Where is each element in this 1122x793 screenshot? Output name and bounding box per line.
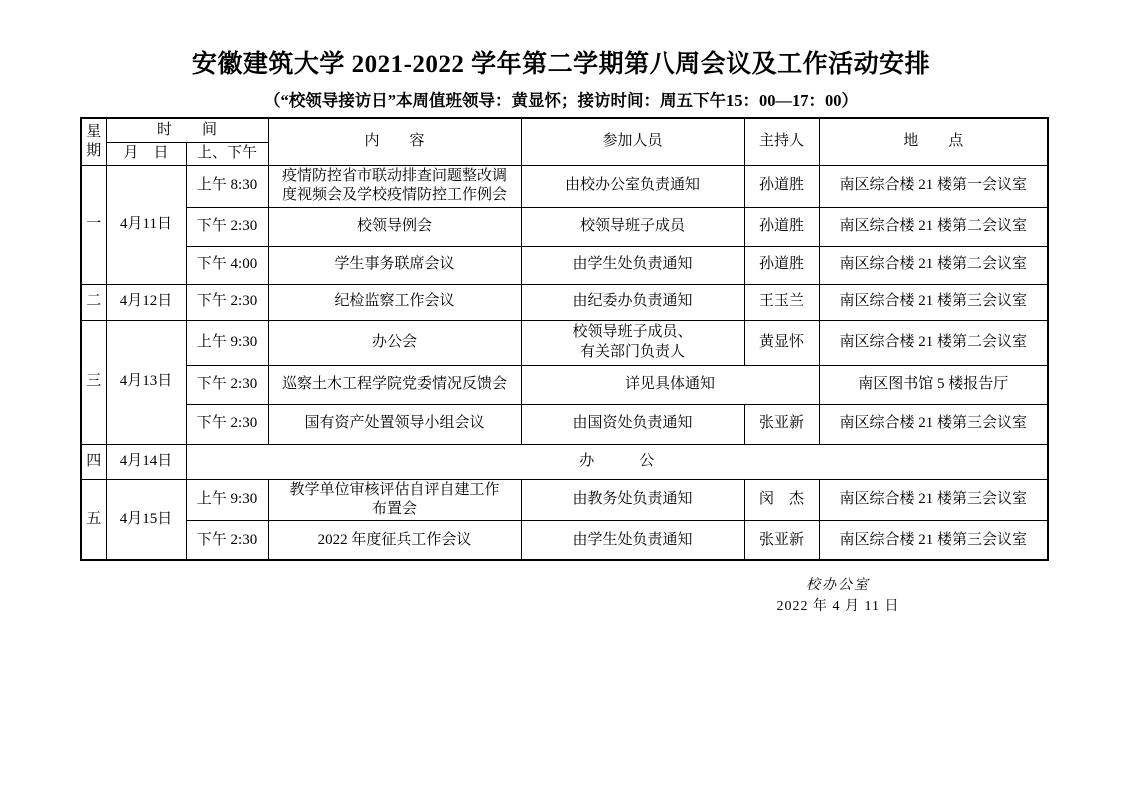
- cell-host: 孙道胜: [744, 165, 819, 207]
- cell-host: 张亚新: [744, 520, 819, 560]
- cell-host: 孙道胜: [744, 246, 819, 284]
- page-title: 安徽建筑大学 2021-2022 学年第二学期第八周会议及工作活动安排: [0, 44, 1122, 80]
- cell-time: 上午 8:30: [186, 165, 268, 207]
- cell-content: 办公会: [268, 320, 521, 365]
- header-participants: 参加人员: [521, 118, 744, 165]
- cell-content: 学生事务联席会议: [268, 246, 521, 284]
- cell-time: 上午 9:30: [186, 479, 268, 520]
- cell-content: 疫情防控省市联动排查问题整改调 度视频会及学校疫情防控工作例会: [268, 165, 521, 207]
- cell-host: 黄显怀: [744, 320, 819, 365]
- cell-host: 闵 杰: [744, 479, 819, 520]
- cell-content: 巡察土木工程学院党委情况反馈会: [268, 365, 521, 404]
- cell-date: 4月15日: [106, 479, 186, 560]
- footer-signature: 校办公室: [702, 576, 974, 596]
- cell-time: 下午 2:30: [186, 207, 268, 246]
- cell-host: 王玉兰: [744, 284, 819, 320]
- cell-participants: 由学生处负责通知: [521, 246, 744, 284]
- cell-participants: 由学生处负责通知: [521, 520, 744, 560]
- cell-location: 南区综合楼 21 楼第二会议室: [819, 320, 1048, 365]
- footer: 校办公室 2022 年 4 月 11 日: [702, 576, 974, 618]
- cell-host: 孙道胜: [744, 207, 819, 246]
- cell-office-day-note: 办 公: [186, 444, 1048, 479]
- cell-participants: 校领导班子成员、 有关部门负责人: [521, 320, 744, 365]
- header-am-pm: 上、下午: [186, 142, 268, 165]
- cell-location: 南区综合楼 21 楼第二会议室: [819, 246, 1048, 284]
- cell-location: 南区综合楼 21 楼第二会议室: [819, 207, 1048, 246]
- cell-time: 下午 4:00: [186, 246, 268, 284]
- cell-time: 上午 9:30: [186, 320, 268, 365]
- cell-time: 下午 2:30: [186, 520, 268, 560]
- cell-time: 下午 2:30: [186, 365, 268, 404]
- cell-location: 南区综合楼 21 楼第三会议室: [819, 479, 1048, 520]
- cell-weekday: 二: [81, 284, 106, 320]
- cell-date: 4月11日: [106, 165, 186, 284]
- cell-content: 纪检监察工作会议: [268, 284, 521, 320]
- cell-date: 4月14日: [106, 444, 186, 479]
- cell-participants-merged: 详见具体通知: [521, 365, 819, 404]
- header-content: 内 容: [268, 118, 521, 165]
- header-host: 主持人: [744, 118, 819, 165]
- cell-host: 张亚新: [744, 404, 819, 444]
- cell-location: 南区图书馆 5 楼报告厅: [819, 365, 1048, 404]
- cell-date: 4月12日: [106, 284, 186, 320]
- cell-participants: 由纪委办负责通知: [521, 284, 744, 320]
- header-month-day: 月 日: [106, 142, 186, 165]
- cell-participants: 校领导班子成员: [521, 207, 744, 246]
- meeting-schedule-table: 星期 时 间 内 容 参加人员 主持人 地 点 月 日 上、下午 一 4月11日…: [80, 117, 1049, 561]
- header-time: 时 间: [106, 118, 268, 142]
- cell-content: 国有资产处置领导小组会议: [268, 404, 521, 444]
- cell-weekday: 一: [81, 165, 106, 284]
- cell-participants: 由校办公室负责通知: [521, 165, 744, 207]
- cell-location: 南区综合楼 21 楼第一会议室: [819, 165, 1048, 207]
- cell-location: 南区综合楼 21 楼第三会议室: [819, 404, 1048, 444]
- cell-time: 下午 2:30: [186, 284, 268, 320]
- cell-content: 2022 年度征兵工作会议: [268, 520, 521, 560]
- page-subtitle: （“校领导接访日”本周值班领导：黄显怀；接访时间：周五下午15：00—17：00…: [0, 87, 1122, 111]
- footer-date: 2022 年 4 月 11 日: [702, 596, 974, 618]
- cell-weekday: 三: [81, 320, 106, 444]
- cell-time: 下午 2:30: [186, 404, 268, 444]
- cell-location: 南区综合楼 21 楼第三会议室: [819, 520, 1048, 560]
- cell-content: 教学单位审核评估自评自建工作 布置会: [268, 479, 521, 520]
- cell-participants: 由国资处负责通知: [521, 404, 744, 444]
- cell-content: 校领导例会: [268, 207, 521, 246]
- header-location: 地 点: [819, 118, 1048, 165]
- cell-location: 南区综合楼 21 楼第三会议室: [819, 284, 1048, 320]
- cell-weekday: 四: [81, 444, 106, 479]
- cell-participants: 由教务处负责通知: [521, 479, 744, 520]
- cell-weekday: 五: [81, 479, 106, 560]
- header-weekday: 星期: [81, 118, 106, 165]
- cell-date: 4月13日: [106, 320, 186, 444]
